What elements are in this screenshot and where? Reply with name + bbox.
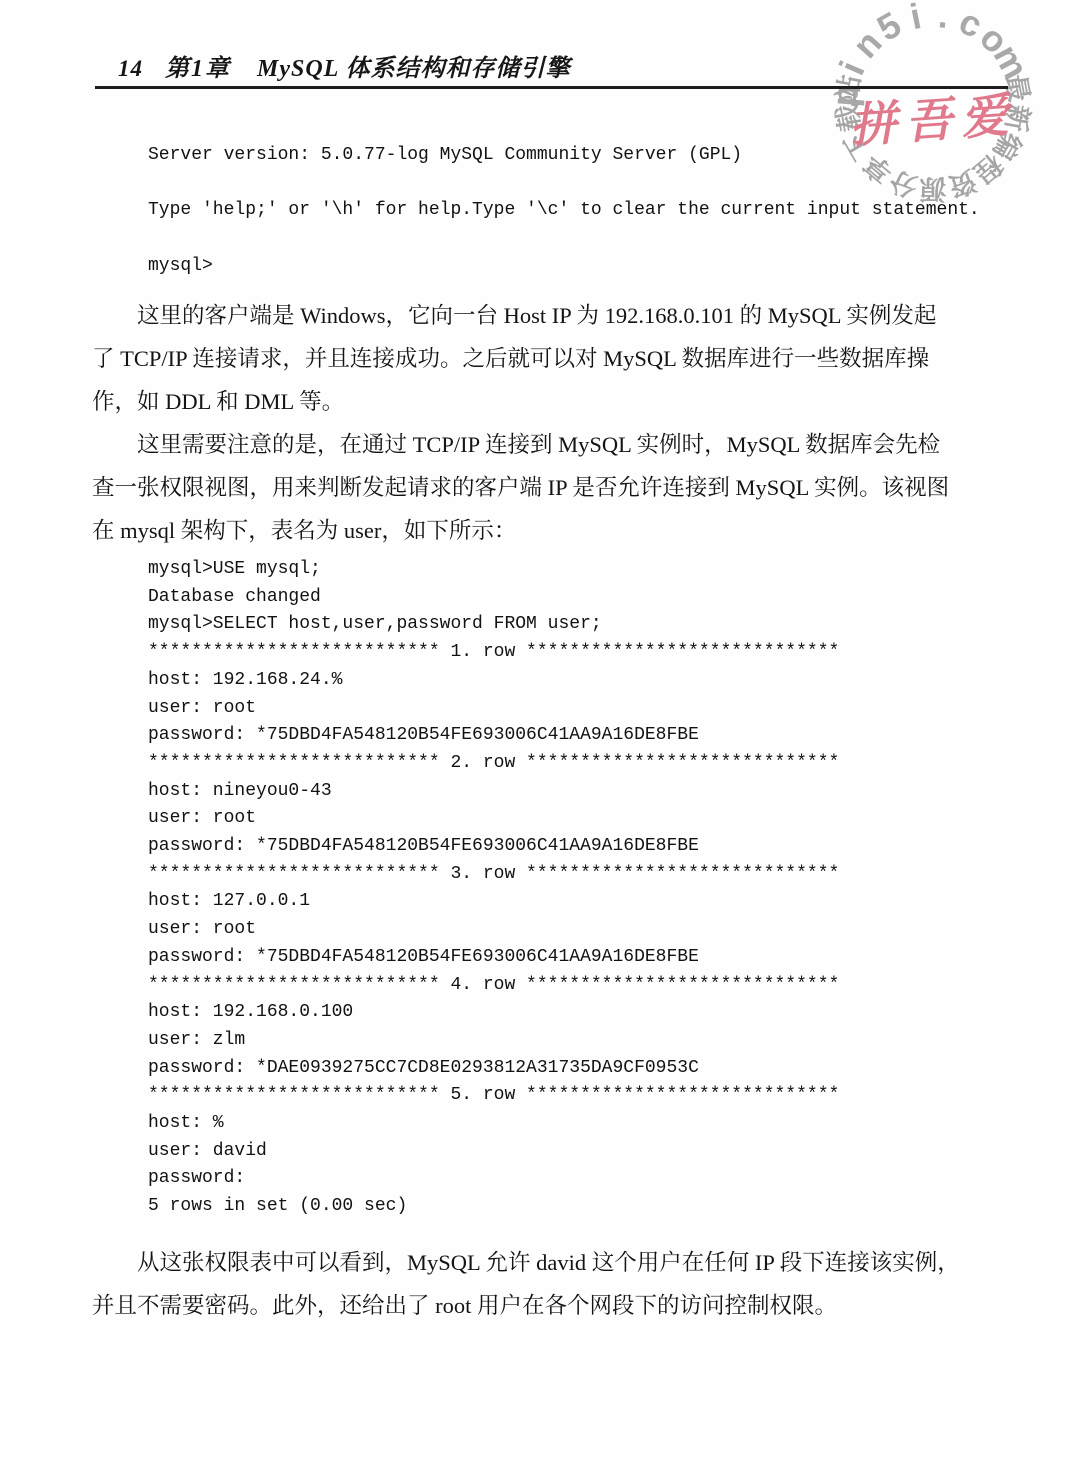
paragraph-line: 查一张权限视图，用来判断发起请求的客户端 IP 是否允许连接到 MySQL 实例… — [92, 466, 992, 509]
console-line: password: — [148, 1165, 839, 1193]
paragraph-line: 了 TCP/IP 连接请求，并且连接成功。之后就可以对 MySQL 数据库进行一… — [92, 337, 992, 380]
paragraph-line: 并且不需要密码。此外，还给出了 root 用户在各个网段下的访问控制权限。 — [92, 1284, 992, 1327]
watermark-ring-char: 源 — [920, 172, 947, 211]
console-line: Database changed — [148, 584, 839, 612]
paragraph-line: 这里的客户端是 Windows，它向一台 Host IP 为 192.168.0… — [92, 294, 992, 337]
page-header: 14第1章MySQL 体系结构和存储引擎 — [118, 48, 570, 83]
console-line: user: david — [148, 1138, 839, 1166]
console-line: user: root — [148, 916, 839, 944]
watermark-site-letter: . — [936, 0, 951, 37]
console-line — [148, 225, 980, 253]
paragraph-line: 在 mysql 架构下，表名为 user，如下所示： — [92, 509, 992, 552]
chapter-title: MySQL 体系结构和存储引擎 — [257, 56, 570, 82]
console-line: Type 'help;' or '\h' for help.Type '\c' … — [148, 197, 980, 225]
paragraph-line: 作，如 DDL 和 DML 等。 — [92, 380, 992, 423]
book-page: 14第1章MySQL 体系结构和存储引擎 pin5i.com 最新编程资源分享下… — [0, 0, 1080, 1478]
watermark-site-letter: i — [907, 0, 925, 38]
console-line: 5 rows in set (0.00 sec) — [148, 1193, 839, 1221]
paragraph-line: 从这张权限表中可以看到，MySQL 允许 david 这个用户在任何 IP 段下… — [92, 1241, 992, 1284]
console-line: *************************** 5. row *****… — [148, 1082, 839, 1110]
console-line: password: *75DBD4FA548120B54FE693006C41A… — [148, 722, 839, 750]
paragraph-conclusion: 从这张权限表中可以看到，MySQL 允许 david 这个用户在任何 IP 段下… — [92, 1241, 992, 1327]
console-line: host: 127.0.0.1 — [148, 888, 839, 916]
console-output-user-table: mysql>USE mysql;Database changedmysql>SE… — [148, 556, 839, 1221]
console-line: mysql>USE mysql; — [148, 556, 839, 584]
console-line: user: root — [148, 805, 839, 833]
console-line: host: 192.168.0.100 — [148, 999, 839, 1027]
console-line: host: % — [148, 1110, 839, 1138]
page-number: 14 — [118, 56, 143, 81]
console-line: *************************** 2. row *****… — [148, 750, 839, 778]
console-line: *************************** 4. row *****… — [148, 972, 839, 1000]
console-line: user: zlm — [148, 1027, 839, 1055]
console-line: password: *DAE0939275CC7CD8E0293812A3173… — [148, 1055, 839, 1083]
watermark-center-text: 拼吾爱 — [847, 78, 1019, 157]
console-line: user: root — [148, 695, 839, 723]
console-line: password: *75DBD4FA548120B54FE693006C41A… — [148, 833, 839, 861]
console-line: host: nineyou0-43 — [148, 778, 839, 806]
console-line: host: 192.168.24.% — [148, 667, 839, 695]
console-line: *************************** 3. row *****… — [148, 861, 839, 889]
console-line: mysql> — [148, 253, 980, 281]
paragraph-permission-view: 这里需要注意的是，在通过 TCP/IP 连接到 MySQL 实例时，MySQL … — [92, 423, 992, 552]
chapter-label: 第1章 — [165, 56, 231, 82]
paragraph-client-windows: 这里的客户端是 Windows，它向一台 Host IP 为 192.168.0… — [92, 294, 992, 423]
console-line: password: *75DBD4FA548120B54FE693006C41A… — [148, 944, 839, 972]
paragraph-line: 这里需要注意的是，在通过 TCP/IP 连接到 MySQL 实例时，MySQL … — [92, 423, 992, 466]
header-rule — [95, 86, 1008, 89]
console-line: mysql>SELECT host,user,password FROM use… — [148, 611, 839, 639]
console-line: *************************** 1. row *****… — [148, 639, 839, 667]
